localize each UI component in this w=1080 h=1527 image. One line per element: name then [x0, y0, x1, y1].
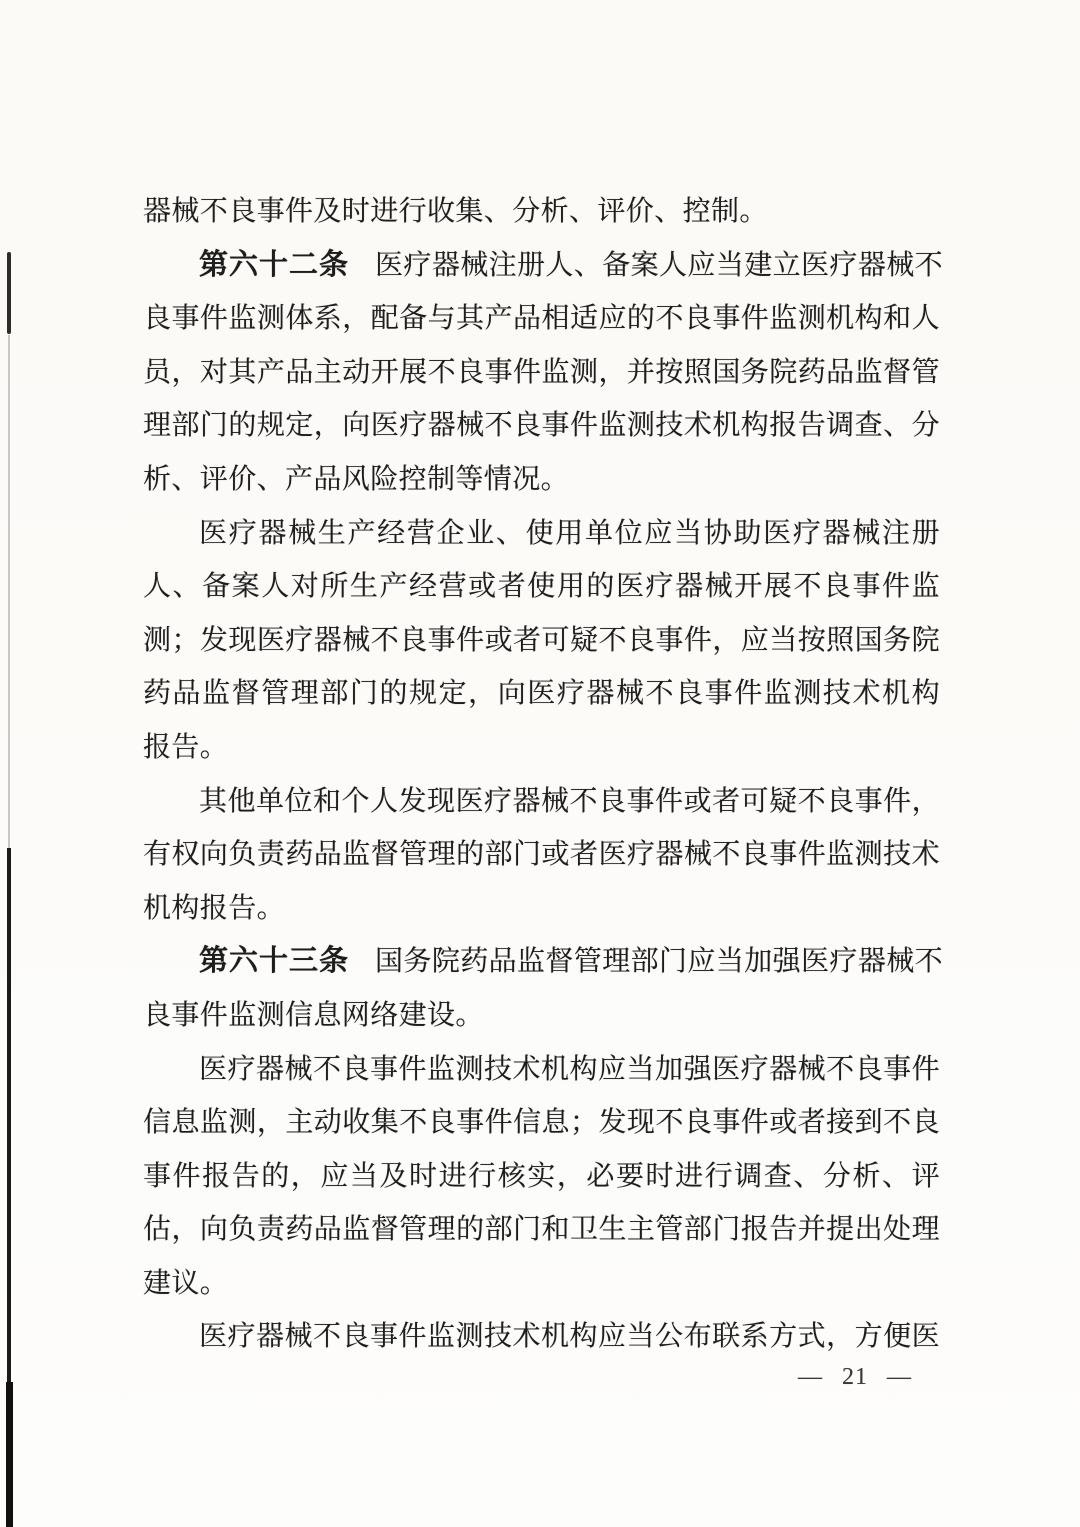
line-text: 良事件监测体系，配备与其产品相适应的不良事件监测机构和人: [143, 303, 940, 334]
text-line-7: 医疗器械生产经营企业、使用单位应当协助医疗器械注册: [143, 507, 940, 561]
line-text: 医疗器械不良事件监测技术机构应当公布联系方式，方便医: [199, 1321, 940, 1352]
page-number-footer: — 21 —: [775, 1362, 935, 1392]
text-line-1: 器械不良事件及时进行收集、分析、评价、控制。: [143, 185, 940, 239]
text-line-6: 析、评价、产品风险控制等情况。: [143, 453, 940, 507]
text-line-5: 理部门的规定，向医疗器械不良事件监测技术机构报告调查、分: [143, 399, 940, 453]
line-text: 人、备案人对所生产经营或者使用的医疗器械开展不良事件监: [143, 571, 940, 602]
text-line-14: 机构报告。: [143, 882, 940, 936]
article-number-62: 第六十二条: [199, 249, 349, 281]
line-text: 事件报告的，应当及时进行核实，必要时进行调查、分析、评: [143, 1161, 940, 1192]
text-line-19: 事件报告的，应当及时进行核实，必要时进行调查、分析、评: [143, 1150, 940, 1204]
line-text: 析、评价、产品风险控制等情况。: [143, 464, 569, 495]
text-line-20: 估，向负责药品监督管理的部门和卫生主管部门报告并提出处理: [143, 1203, 940, 1257]
line-text: 医疗器械注册人、备案人应当建立医疗器械不: [375, 250, 943, 281]
text-line-4: 员，对其产品主动开展不良事件监测，并按照国务院药品监督管: [143, 346, 940, 400]
line-text: 有权向负责药品监督管理的部门或者医疗器械不良事件监测技术: [143, 839, 940, 870]
line-text: 药品监督管理部门的规定，向医疗器械不良事件监测技术机构: [143, 678, 940, 709]
document-body: 器械不良事件及时进行收集、分析、评价、控制。 第六十二条医疗器械注册人、备案人应…: [143, 185, 940, 1364]
text-line-16: 良事件监测信息网络建设。: [143, 989, 940, 1043]
text-line-21: 建议。: [143, 1257, 940, 1311]
line-text: 医疗器械生产经营企业、使用单位应当协助医疗器械注册: [199, 518, 940, 549]
line-text: 信息监测，主动收集不良事件信息；发现不良事件或者接到不良: [143, 1107, 940, 1138]
text-line-13: 有权向负责药品监督管理的部门或者医疗器械不良事件监测技术: [143, 828, 940, 882]
line-text: 其他单位和个人发现医疗器械不良事件或者可疑不良事件，: [199, 786, 940, 817]
line-text: 器械不良事件及时进行收集、分析、评价、控制。: [143, 196, 768, 227]
text-line-17: 医疗器械不良事件监测技术机构应当加强医疗器械不良事件: [143, 1043, 940, 1097]
text-line-18: 信息监测，主动收集不良事件信息；发现不良事件或者接到不良: [143, 1096, 940, 1150]
text-line-3: 良事件监测体系，配备与其产品相适应的不良事件监测机构和人: [143, 292, 940, 346]
text-line-2: 第六十二条医疗器械注册人、备案人应当建立医疗器械不: [143, 239, 940, 293]
scan-edge-artifact-top: [7, 252, 11, 334]
line-text: 良事件监测信息网络建设。: [143, 1000, 484, 1031]
text-line-12: 其他单位和个人发现医疗器械不良事件或者可疑不良事件，: [143, 775, 940, 829]
line-text: 国务院药品监督管理部门应当加强医疗器械不: [375, 946, 943, 977]
line-text: 估，向负责药品监督管理的部门和卫生主管部门报告并提出处理: [143, 1214, 940, 1245]
line-text: 理部门的规定，向医疗器械不良事件监测技术机构报告调查、分: [143, 410, 940, 441]
line-text: 测；发现医疗器械不良事件或者可疑不良事件，应当按照国务院: [143, 625, 940, 656]
text-line-10: 药品监督管理部门的规定，向医疗器械不良事件监测技术机构: [143, 667, 940, 721]
text-line-11: 报告。: [143, 721, 940, 775]
text-line-22: 医疗器械不良事件监测技术机构应当公布联系方式，方便医: [143, 1310, 940, 1364]
scan-edge-artifact-bottom-wide: [6, 1382, 13, 1527]
line-text: 员，对其产品主动开展不良事件监测，并按照国务院药品监督管: [143, 357, 940, 388]
line-text: 机构报告。: [143, 893, 285, 924]
scanned-document-page: { "document": { "lines": [ { "text": "器械…: [0, 0, 1080, 1527]
text-line-8: 人、备案人对所生产经营或者使用的医疗器械开展不良事件监: [143, 560, 940, 614]
text-line-9: 测；发现医疗器械不良事件或者可疑不良事件，应当按照国务院: [143, 614, 940, 668]
article-number-63: 第六十三条: [199, 945, 349, 977]
line-text: 建议。: [143, 1268, 228, 1299]
line-text: 医疗器械不良事件监测技术机构应当加强医疗器械不良事件: [199, 1054, 940, 1085]
text-line-15: 第六十三条国务院药品监督管理部门应当加强医疗器械不: [143, 935, 940, 989]
line-text: 报告。: [143, 732, 228, 763]
scan-edge-artifact-faint: [8, 335, 10, 850]
